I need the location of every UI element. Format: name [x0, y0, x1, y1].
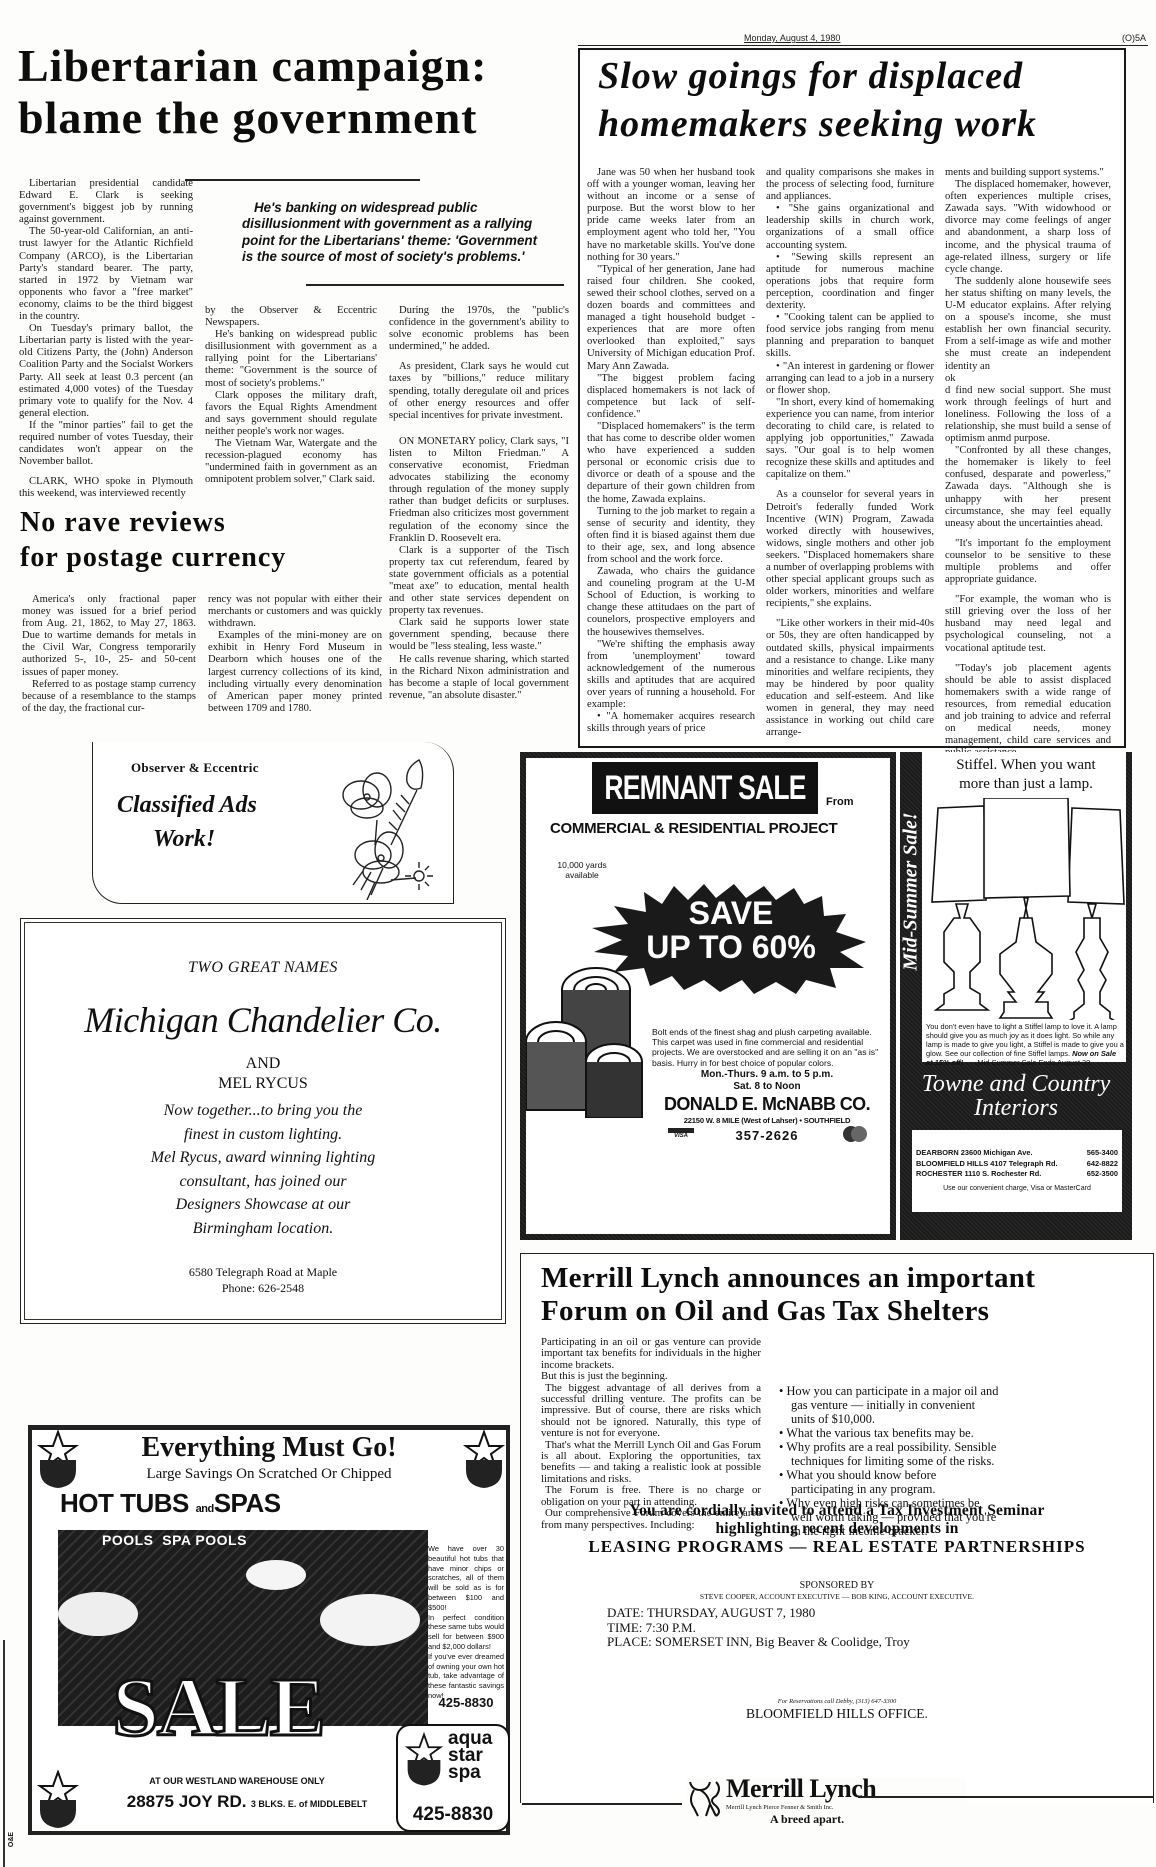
remnant-title-text: REMNANT SALE [604, 769, 805, 808]
paragraph: He calls revenue sharing, which started … [389, 654, 569, 702]
paragraph: Clark is a supporter of the Tisch proper… [389, 545, 569, 618]
article-headline: No rave reviews for postage currency [20, 505, 286, 575]
paragraph: The suddenly alone housewife sees her st… [945, 276, 1111, 373]
ad-michigan-chandelier[interactable]: TWO GREAT NAMES Michigan Chandelier Co. … [20, 918, 506, 1324]
paragraph: The displaced homemaker, however, often … [945, 179, 1111, 276]
bullet-item: What the various tax benefits may be. [779, 1426, 999, 1440]
body-line: finest in custom lighting. [21, 1123, 505, 1147]
article-displaced-homemakers: Slow goings for displaced homemakers see… [578, 48, 1126, 748]
paragraph: Clark said he supports lower state gover… [389, 617, 569, 653]
sale-banner: SALE [88, 1666, 348, 1750]
merrill-invite: You are cordially invited to attend a Ta… [521, 1502, 1153, 1556]
body-line: consultant, has joined our [21, 1170, 505, 1194]
paragraph: Examples of the mini-money are on exhibi… [208, 630, 382, 715]
merrill-tagline: A breed apart. [770, 1812, 844, 1827]
paragraph: rency was not popular with either their … [208, 594, 382, 630]
hours-line: Mon.-Thurs. 9 a.m. to 5 p.m. [652, 1069, 882, 1081]
location-phone: 565-3400 [1087, 1148, 1118, 1159]
store-line: Towne and Country [910, 1072, 1122, 1096]
remnant-body: Bolt ends of the finest shag and plush c… [652, 1027, 882, 1068]
merrill-office: BLOOMFIELD HILLS OFFICE. [520, 1706, 1154, 1722]
ad-phone: Phone: 626-2548 [21, 1281, 505, 1296]
paragraph: "Confronted by all these changes, the ho… [945, 445, 1111, 530]
product-and: and [196, 1503, 214, 1515]
brand-script: Michigan Chandelier Co. [21, 999, 505, 1041]
paragraph: We have over 30 beautiful hot tubs that … [428, 1544, 504, 1613]
merrill-logo-sub: Merrill Lynch Pierce Fenner & Smith Inc. [726, 1804, 833, 1811]
headline-line: Merrill Lynch announces an important [541, 1262, 1141, 1295]
spa-side-text: We have over 30 beautiful hot tubs that … [428, 1544, 504, 1701]
ad-body: Now together...to bring you the finest i… [21, 1099, 505, 1241]
classified-line2: Work! [153, 826, 215, 853]
paragraph: • "A homemaker acquires research skills … [587, 711, 755, 735]
margin-tag: O&E [8, 1832, 15, 1847]
headline-line: Slow goings for displaced [598, 52, 1037, 100]
merrill-logo-rule-right [858, 1796, 1154, 1798]
paragraph: CLARK, WHO spoke in Plymouth this weeken… [19, 476, 193, 500]
spa-location-note: AT OUR WESTLAND WAREHOUSE ONLY [92, 1776, 382, 1786]
stiffel-body: You don't even have to light a Stiffel l… [926, 1022, 1124, 1067]
spa-address: 28875 JOY RD. 3 BLKS. E. of MIDDLEBELT [92, 1792, 402, 1812]
paragraph: "For example, the woman who is still gri… [945, 594, 1111, 654]
event-time: TIME: 7:30 P.M. [607, 1621, 910, 1636]
page-number: (O)5A [1122, 33, 1146, 43]
address-note: 3 BLKS. E. of MIDDLEBELT [251, 1799, 367, 1809]
pullquote: He's banking on widespread public disill… [242, 200, 538, 266]
paragraph: • "She gains organizational and leadersh… [766, 203, 934, 251]
paragraph: As president, Clark says he would cut ta… [389, 361, 569, 421]
ad-stiffel-lamps[interactable]: Mid-Summer Sale! Stiffel. When you want … [900, 752, 1132, 1240]
location-row: ROCHESTER 1110 S. Rochester Rd. 652-3500 [916, 1169, 1118, 1180]
paragraph: "Like other workers in their mid-40s or … [766, 618, 934, 739]
paragraph: During the 1970s, the "public's confiden… [389, 305, 569, 353]
paragraph: The Vietnam War, Watergate and the reces… [205, 438, 377, 486]
article-column: Jane was 50 when her husband took off wi… [587, 167, 755, 735]
paragraph: In perfect condition these same tubs wou… [428, 1613, 504, 1652]
location-name: BLOOMFIELD HILLS 4107 Telegraph Rd. [916, 1159, 1058, 1170]
hours-line: Sat. 8 to Noon [652, 1081, 882, 1093]
side-banner-text: Mid-Summer Sale! [900, 812, 923, 970]
event-date: DATE: THURSDAY, AUGUST 7, 1980 [607, 1606, 910, 1621]
article-column: rency was not popular with either their … [208, 594, 382, 715]
yards-line: available [552, 870, 612, 880]
paragraph: America's only fractional paper money wa… [22, 594, 196, 679]
bullet-item: Why profits are a real possibility. Sens… [779, 1440, 999, 1468]
pullquote-rule-top [185, 179, 420, 181]
location-name: DEARBORN 23600 Michigan Ave. [916, 1148, 1033, 1159]
address-main: 28875 JOY RD. [127, 1792, 247, 1811]
merrill-sponsors: STEVE COOPER, ACCOUNT EXECUTIVE — BOB KI… [521, 1592, 1153, 1601]
paragraph: That's what the Merrill Lynch Oil and Ga… [541, 1440, 761, 1486]
tub-shape [246, 1560, 306, 1590]
headline-line: homemakers seeking work [598, 100, 1037, 148]
paragraph: Participating in an oil or gas venture c… [541, 1337, 761, 1371]
mastercard-icon [842, 1124, 868, 1144]
charge-note: Use our convenient charge, Visa or Maste… [916, 1184, 1118, 1195]
bullet-item: What you should know before participatin… [779, 1468, 999, 1496]
ad-aqua-star-spa[interactable]: Everything Must Go! Large Savings On Scr… [28, 1425, 510, 1835]
paragraph: The biggest advantage of all derives fro… [541, 1383, 761, 1440]
paragraph: Jane was 50 when her husband took off wi… [587, 167, 755, 264]
paragraph: If you've ever dreamed of owning your ow… [428, 1652, 504, 1701]
article-column: During the 1970s, the "public's confiden… [389, 305, 569, 702]
ad-and: AND [21, 1055, 505, 1073]
ad-heading: TWO GREAT NAMES [21, 959, 505, 977]
location-row: DEARBORN 23600 Michigan Ave. 565-3400 [916, 1148, 1118, 1159]
headline-line: Libertarian campaign: [18, 40, 487, 92]
star-shield-icon [36, 1770, 80, 1830]
invite-line: LEASING PROGRAMS — REAL ESTATE PARTNERSH… [521, 1538, 1153, 1556]
article-column: Libertarian presidential candidate Edwar… [19, 178, 193, 500]
flower-icon [331, 750, 441, 900]
lamps-illustration-icon [928, 798, 1126, 1020]
tub-shape [320, 1594, 420, 1646]
headline-line: blame the government [18, 92, 487, 144]
star-shield-icon [404, 1732, 444, 1788]
paragraph: by the Observer & Eccentric Newspapers. [205, 305, 377, 329]
article-headline: Slow goings for displaced homemakers see… [598, 52, 1037, 148]
paragraph: As a counselor for several years in Detr… [766, 489, 934, 610]
store-line: Interiors [910, 1096, 1122, 1120]
paragraph: Turning to the job market to regain a se… [587, 506, 755, 566]
classified-line1: Classified Ads [117, 792, 257, 819]
invite-line: highlighting recent developments in [521, 1520, 1153, 1538]
article-column: by the Observer & Eccentric Newspapers. … [205, 305, 377, 486]
tub-shape [58, 1592, 138, 1636]
merrill-sponsored-by: SPONSORED BY [521, 1580, 1153, 1591]
paragraph: Clark opposes the military draft, favors… [205, 390, 377, 438]
ad-name2: MEL RYCUS [21, 1075, 505, 1093]
store-locations: DEARBORN 23600 Michigan Ave. 565-3400 BL… [912, 1130, 1122, 1212]
merrill-event-details: DATE: THURSDAY, AUGUST 7, 1980 TIME: 7:3… [607, 1606, 910, 1650]
ad-inner: REMNANT SALE From COMMERCIAL & RESIDENTI… [526, 758, 890, 1234]
location-phone: 652-3500 [1087, 1169, 1118, 1180]
remnant-yards: 10,000 yards available [552, 860, 612, 880]
masthead-rule [578, 45, 1148, 46]
invite-line: You are cordially invited to attend a Ta… [521, 1502, 1153, 1520]
bull-icon [686, 1778, 722, 1818]
sale-ends: Mid-Summer Sale Ends August 30 [977, 1058, 1090, 1067]
paragraph: "Today's job placement agents should be … [945, 663, 1111, 760]
aqua-star-wordmark: aqua star spa [448, 1730, 492, 1781]
location-phone: 642-8822 [1087, 1159, 1118, 1170]
paragraph: The 50-year-old Californian, an anti-tru… [19, 226, 193, 323]
logo-line: spa [448, 1764, 492, 1781]
stiffel-headline: Stiffel. When you want more than just a … [928, 756, 1124, 794]
article-headline: Libertarian campaign: blame the governme… [18, 40, 487, 144]
paragraph: If the "minor parties" fail to get the r… [19, 420, 193, 468]
paragraph: "The biggest problem facing displaced ho… [587, 373, 755, 421]
store-logo: Towne and Country Interiors [910, 1072, 1122, 1120]
stiffel-panel: Stiffel. When you want more than just a … [922, 752, 1126, 1062]
paragraph: ok [945, 373, 1111, 385]
paragraph: ON MONETARY policy, Clark says, "I liste… [389, 436, 569, 545]
article-column: and quality comparisons she makes in the… [766, 167, 934, 739]
bullet-item: How you can participate in a major oil a… [779, 1384, 999, 1426]
body-line: Birmingham location. [21, 1217, 505, 1241]
headline-line: Forum on Oil and Gas Tax Shelters [541, 1295, 1141, 1328]
yards-line: 10,000 yards [552, 860, 612, 870]
body-line: Mel Rycus, award winning lighting [21, 1146, 505, 1170]
merrill-logo-rule-left [522, 1803, 682, 1805]
merrill-headline: Merrill Lynch announces an important For… [541, 1262, 1141, 1328]
headline-line: more than just a lamp. [928, 775, 1124, 794]
carpet-rolls-icon [526, 950, 646, 1118]
aqua-star-logo: aqua star spa 425-8830 [396, 1724, 510, 1832]
spa-products: HOT TUBS andSPAS [60, 1488, 281, 1519]
pullquote-rule-bottom [306, 284, 564, 286]
paragraph: • "Cooking talent can be applied to food… [766, 312, 934, 360]
paragraph: • "Sewing skills represent an aptitude f… [766, 252, 934, 312]
aqua-star-phone[interactable]: 425-8830 [398, 1804, 508, 1826]
body-line: Now together...to bring you the [21, 1099, 505, 1123]
remnant-subtitle: COMMERCIAL & RESIDENTIAL PROJECT [550, 820, 837, 837]
paragraph: and quality comparisons she makes in the… [766, 167, 934, 203]
location-name: ROCHESTER 1110 S. Rochester Rd. [916, 1169, 1041, 1180]
paragraph: Referred to as postage stamp currency be… [22, 679, 196, 715]
page-date: Monday, August 4, 1980 [744, 33, 840, 43]
headline-line: Stiffel. When you want [928, 756, 1124, 775]
paragraph: "Displaced homemakers" is the term that … [587, 421, 755, 506]
burst-text: SAVE UP TO 60% [616, 896, 846, 964]
burst-line: SAVE [616, 896, 846, 930]
product-a: HOT TUBS [60, 1488, 189, 1518]
ad-address: 6580 Telegraph Road at Maple [21, 1265, 505, 1280]
paragraph: "It's important fo the employment counse… [945, 538, 1111, 586]
visa-icon: VISA [668, 1128, 694, 1140]
headline-line: for postage currency [20, 540, 286, 575]
left-margin-rule [3, 1640, 5, 1867]
paragraph: ments and building support systems." [945, 167, 1111, 179]
burst-line: UP TO 60% [616, 930, 846, 964]
remnant-title: REMNANT SALE [594, 764, 816, 812]
body-line: Designers Showcase at our [21, 1193, 505, 1217]
location-row: BLOOMFIELD HILLS 4107 Telegraph Rd. 642-… [916, 1159, 1118, 1170]
product-b: SPAS [214, 1488, 281, 1518]
paragraph: Libertarian presidential candidate Edwar… [19, 178, 193, 226]
paragraph: But this is just the beginning. [541, 1371, 761, 1382]
paragraph: Zawada, who chairs the guidance and coun… [587, 566, 755, 639]
ad-remnant-sale[interactable]: REMNANT SALE From COMMERCIAL & RESIDENTI… [520, 752, 896, 1240]
store-sign: POOLS SPA POOLS [102, 1532, 247, 1548]
spa-phone[interactable]: 425-8830 [428, 1695, 504, 1710]
merrill-logo-text: Merrill Lynch [726, 1774, 876, 1804]
paragraph: On Tuesday's primary ballot, the Liberta… [19, 323, 193, 420]
side-banner: Mid-Summer Sale! [902, 762, 920, 1020]
newspaper-logo: Observer & Eccentric [131, 760, 259, 776]
article-column: America's only fractional paper money wa… [22, 594, 196, 715]
event-place: PLACE: SOMERSET INN, Big Beaver & Coolid… [607, 1635, 910, 1650]
merrill-logo[interactable]: Merrill Lynch Merrill Lynch Pierce Fenne… [686, 1778, 966, 1834]
article-column: ments and building support systems." The… [945, 167, 1111, 759]
remnant-hours: Mon.-Thurs. 9 a.m. to 5 p.m. Sat. 8 to N… [652, 1069, 882, 1093]
paragraph: "In short, every kind of homemaking expe… [766, 397, 934, 482]
remnant-from: From [826, 796, 854, 808]
paragraph: "Typical of her generation, Jane had rai… [587, 264, 755, 373]
headline-line: No rave reviews [20, 505, 286, 540]
spa-headline: Everything Must Go! [32, 1432, 506, 1464]
paragraph: He's banking on widespread public disill… [205, 329, 377, 389]
paragraph: "We're shifting the emphasis away from '… [587, 639, 755, 712]
spa-subhead: Large Savings On Scratched Or Chipped [32, 1466, 506, 1483]
ad-classified[interactable]: Observer & Eccentric Classified Ads Work… [92, 742, 454, 904]
remnant-company: DONALD E. McNABB CO. [652, 1094, 882, 1115]
paragraph: • "An interest in gardening or flower ar… [766, 361, 934, 397]
merrill-reservations: For Reservations call Debby, (313) 647-3… [520, 1698, 1154, 1705]
paragraph: d find new social support. She must work… [945, 385, 1111, 445]
